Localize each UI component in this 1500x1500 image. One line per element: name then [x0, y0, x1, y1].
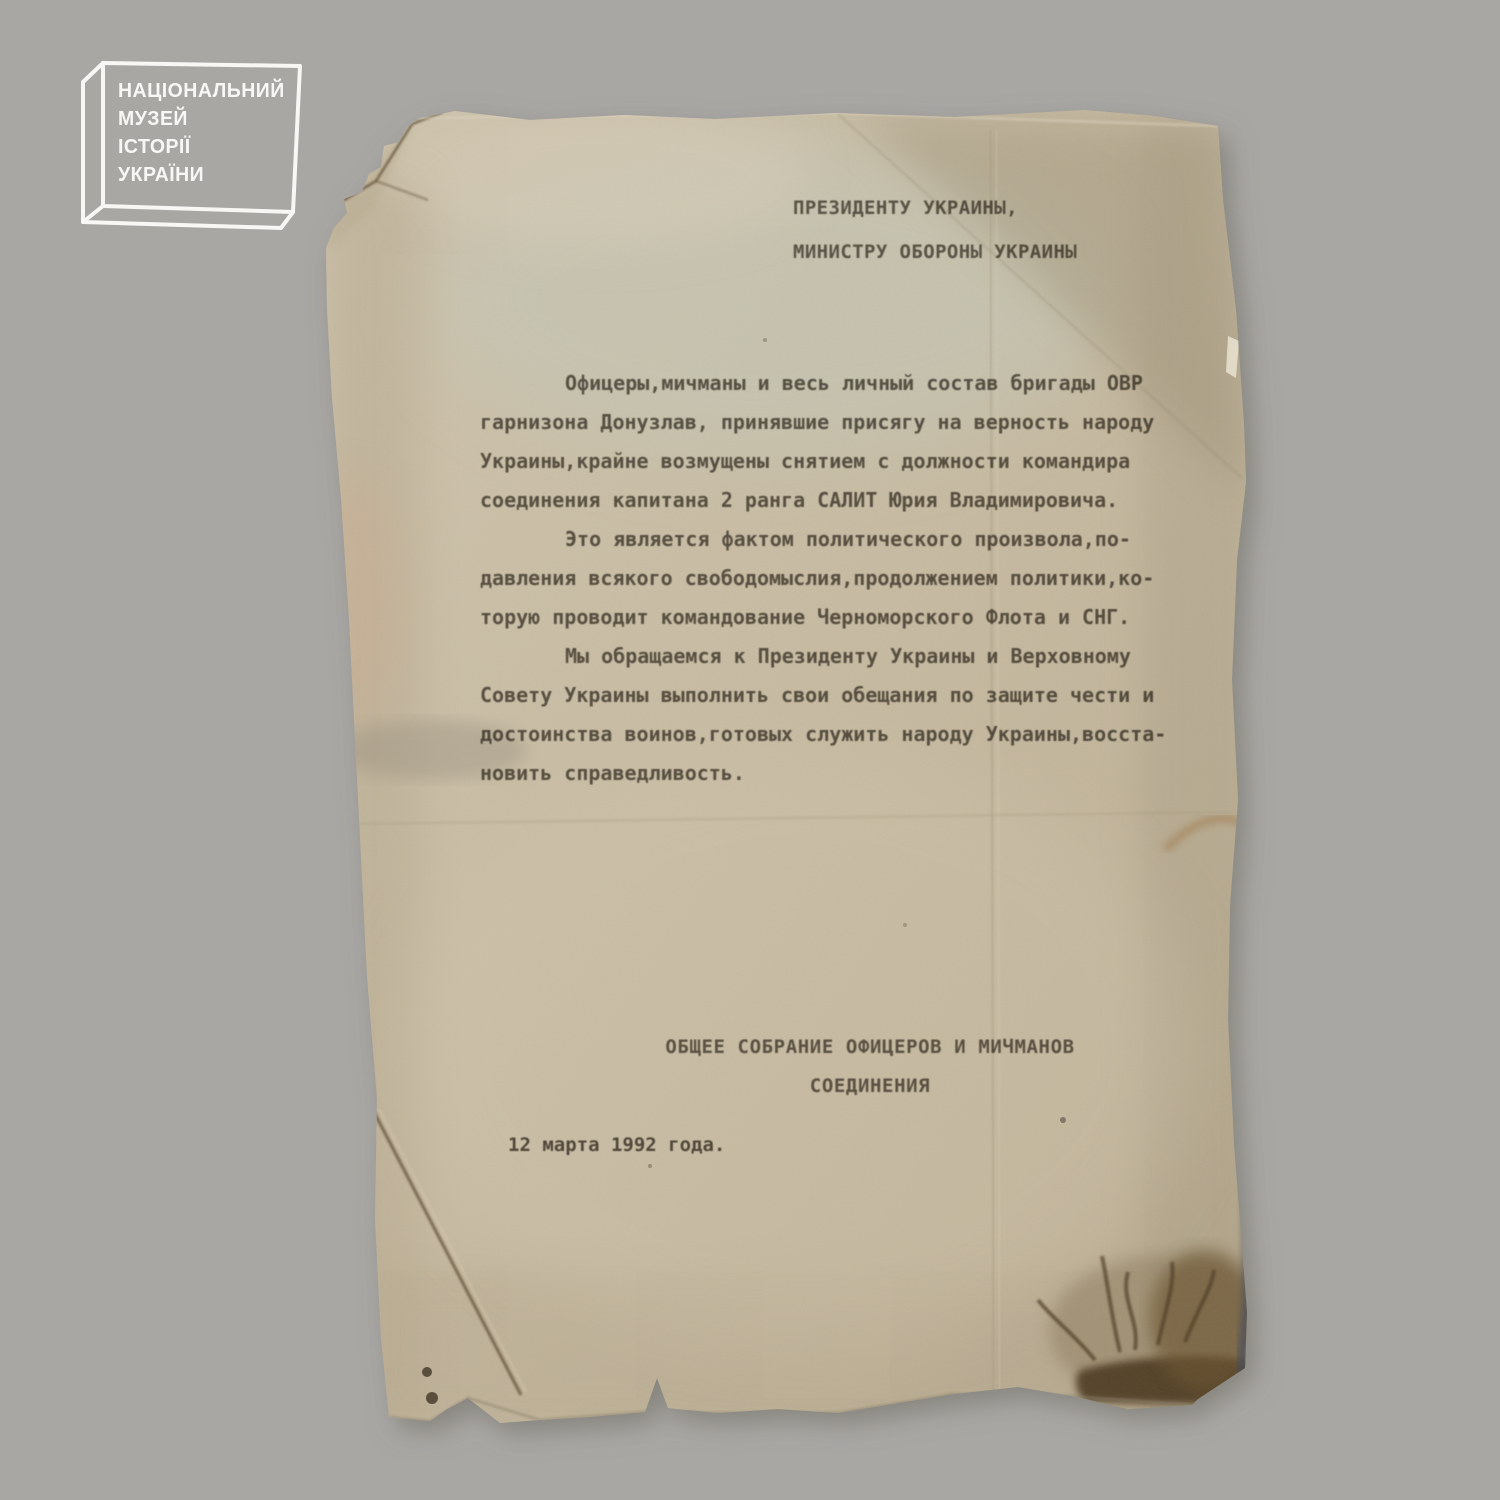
- body-line: гарнизона Донузлав, принявшие присягу на…: [480, 403, 1166, 442]
- body-line: торую проводит командование Черноморског…: [480, 598, 1166, 637]
- body-line: достоинства воинов,готовых служить народ…: [480, 715, 1166, 754]
- addressee-block: ПРЕЗИДЕНТУ УКРАИНЫ, МИНИСТРУ ОБОРОНЫ УКР…: [793, 186, 1077, 274]
- body-text-block: Офицеры,мичманы и весь личный состав бри…: [480, 364, 1166, 793]
- addressee-line: МИНИСТРУ ОБОРОНЫ УКРАИНЫ: [793, 230, 1077, 274]
- body-line: давления всякого свободомыслия,продолжен…: [480, 559, 1166, 598]
- signature-block: ОБЩЕЕ СОБРАНИЕ ОФИЦЕРОВ И МИЧМАНОВ СОЕДИ…: [630, 1028, 1110, 1106]
- signature-line: СОЕДИНЕНИЯ: [630, 1067, 1110, 1106]
- date-line: 12 марта 1992 года.: [508, 1132, 725, 1158]
- body-line: новить справедливость.: [480, 754, 1166, 793]
- body-line: Совету Украины выполнить свои обещания п…: [480, 676, 1166, 715]
- signature-line: ОБЩЕЕ СОБРАНИЕ ОФИЦЕРОВ И МИЧМАНОВ: [630, 1028, 1110, 1067]
- body-line: Офицеры,мичманы и весь личный состав бри…: [480, 364, 1166, 403]
- photo-stage: НАЦІОНАЛЬНИЙ МУЗЕЙ ІСТОРІЇ УКРАЇНИ ПРЕЗИ…: [0, 0, 1500, 1500]
- addressee-line: ПРЕЗИДЕНТУ УКРАИНЫ,: [793, 186, 1077, 230]
- body-line: соединения капитана 2 ранга САЛИТ Юрия В…: [480, 481, 1166, 520]
- body-line: Это является фактом политического произв…: [480, 520, 1166, 559]
- document-text-layer: ПРЕЗИДЕНТУ УКРАИНЫ, МИНИСТРУ ОБОРОНЫ УКР…: [0, 0, 1500, 1500]
- body-line: Украины,крайне возмущены снятием с должн…: [480, 442, 1166, 481]
- body-line: Мы обращаемся к Президенту Украины и Вер…: [480, 637, 1166, 676]
